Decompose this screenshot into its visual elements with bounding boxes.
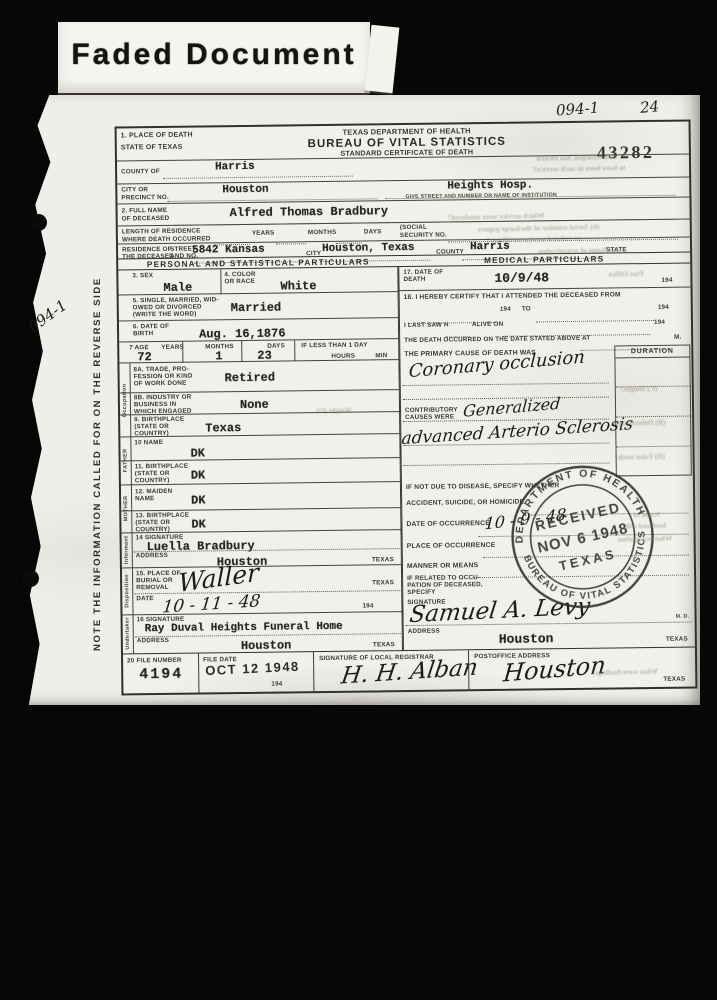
father-name-label: 10 NAME [134,439,163,447]
dob-label-2: BIRTH [133,330,153,338]
bleed-fragment: to have been in such service? [533,163,625,174]
sex-label: 3. SEX [132,272,153,280]
postoffice-texas-label: TEXAS [663,676,685,684]
undertaker-texas-label: TEXAS [373,641,395,649]
torn-paper-tab [365,25,400,94]
faded-document-label: Faded Document [58,22,370,93]
father-bp-value: DK [191,468,206,482]
physician-texas-label: TEXAS [666,636,688,644]
bleed-fragment: (B) Deformities? [612,418,665,428]
ssn-label-2: SECURITY NO. [400,231,447,239]
certify-194b: 194 [658,304,669,312]
personal-column: 3. SEX Male 4. COLOR OR RACE White 5. SI… [118,267,403,653]
industry-value: None [240,398,269,412]
father-name-row: 10 NAME DK [120,434,399,461]
burial-row: 15. PLACE OF BURIAL OR REMOVAL Waller TE… [122,565,402,615]
undertaker-side-label: Undertaker [125,615,131,651]
father-bp-label-3: COUNTRY) [135,477,170,485]
hours-label: HOURS [331,353,355,361]
dod-194: 194 [661,277,672,285]
marital-row: 5. SINGLE, MARRIED, WID- OWED OR DIVORCE… [119,292,398,321]
file-date-value: OCT 12 1948 [205,659,300,678]
color-value: White [280,279,316,293]
maiden-value: DK [191,493,206,507]
bleed-fragment: (a) Name of organization [538,245,618,256]
burial-194-label: 194 [362,602,373,610]
maiden-name-row: 12. MAIDEN NAME DK [121,482,400,511]
date-occurrence-label: DATE OF OCCURRENCE [406,520,490,529]
color-label-2: OR RACE [224,278,255,286]
years-label: YEARS [252,230,275,238]
burial-date-label: DATE [136,595,154,603]
city-value: Houston [222,184,268,197]
bleed-fragment: If discharged, has record [537,152,617,163]
scanned-page: NOTE THE INFORMATION CALLED FOR ON THE R… [18,95,700,705]
file-number-value: 4194 [139,666,183,684]
trade-value: Retired [225,371,276,386]
ssn-label-1: (SOCIAL [400,224,427,232]
place-of-death-label: 1. PLACE OF DEATH [121,132,193,141]
bleed-fragment: Post Office [608,269,643,279]
bleed-fragment: or enlisted service certificate? [486,233,581,244]
residence-length-label-1: LENGTH OF RESIDENCE [122,227,201,235]
bleed-fragment: What occupation [618,533,673,543]
certify-194a: 194 [500,306,511,314]
mother-bp-value: DK [191,517,206,531]
file-number-label: 20 FILE NUMBER [127,657,182,665]
punch-hole-bottom [22,570,39,587]
undertaker-row: 16 SIGNATURE Ray Duval Heights Funeral H… [123,612,402,653]
related-label-3: SPECIFY [407,589,435,597]
marital-value: Married [231,301,282,316]
physician-addr-value: Houston [499,631,554,647]
top-handwritten-ref-1: 094-1 [555,99,599,120]
informant-row: 14 SIGNATURE Luella Bradbury ADDRESS Hou… [122,530,401,568]
days-label: DAYS [364,228,382,236]
disposition-side-label: Disposition [124,568,131,613]
dod-label-2: DEATH [403,276,425,284]
occupation-side-label: Occupation [121,365,128,435]
bleed-fragment: Name of [633,510,660,520]
dob-value: Aug. 16,1876 [199,326,286,341]
sex-value: Male [163,281,192,295]
lastsaw-194: 194 [654,319,665,327]
undertaker-addr-label: ADDRESS [137,637,169,645]
fullname-label-2: OF DECEASED [122,215,170,223]
dod-value: 10/9/48 [494,270,549,286]
lastsaw-label-2: ALIVE ON [472,321,503,329]
months-label: MONTHS [308,229,337,237]
father-birthplace-row: 11. BIRTHPLACE (STATE OR COUNTRY) DK [121,458,400,485]
certify-to: TO [522,305,531,313]
undertaker-sig-value: Ray Duval Heights Funeral Home [145,621,343,635]
birthplace-value: Texas [205,421,241,435]
lastsaw-label-1: I LAST SAW H [404,321,449,329]
top-handwritten-ref-2: 24 [639,97,660,117]
min-label: MIN [375,352,387,360]
torn-left-edge [18,95,72,705]
county-value: Harris [215,161,255,173]
burial-label-3: REMOVAL [136,584,169,592]
sex-color-row: 3. SEX Male 4. COLOR OR RACE White [118,267,397,295]
city2-value: Houston, Texas [322,242,415,255]
md-label: M. D. [676,614,690,620]
county-label: COUNTY OF [121,168,160,176]
informant-addr-label: ADDRESS [136,552,168,560]
fullname-value: Alfred Thomas Bradbury [230,204,389,220]
trade-label-3: OF WORK DONE [134,380,187,388]
marital-label-3: (WRITE THE WORD) [133,311,197,319]
trade-row: 8A. TRADE, PRO- FESSION OR KIND OF WORK … [119,360,398,393]
if-less-label: IF LESS THAN 1 DAY [301,341,367,349]
mother-side-label: MOTHER [123,485,130,531]
city-label-2: PRECINCT NO. [121,194,169,202]
death-certificate: 1. PLACE OF DEATH STATE OF TEXAS TEXAS D… [115,120,698,696]
bleed-fragment: (C) Height? [620,384,658,394]
bleed-fragment: husband wife [623,521,666,531]
physician-addr-label: ADDRESS [408,628,440,636]
file-date-194: 194 [271,681,282,689]
certify-line-1: 18. I HEREBY CERTIFY THAT I ATTENDED THE… [404,291,621,301]
father-side-label: FATHER [122,437,129,483]
street-value: 5842 Kansas [192,244,265,257]
duration-label: DURATION [615,346,689,359]
burial-texas-label: TEXAS [372,579,394,587]
city-label-1: CITY OR [121,186,148,194]
age-years-label: YEARS [161,344,184,352]
bleed-fragment: Weight (O) [316,405,352,415]
father-name-value: DK [190,446,205,460]
institution-value: Heights Hosp. [447,179,533,192]
margin-note-vertical: NOTE THE INFORMATION CALLED FOR ON THE R… [92,249,103,651]
state-of-texas-label: STATE OF TEXAS [121,144,183,153]
fullname-label-1: 2. FULL NAME [122,207,168,215]
informant-side-label: Informant [124,533,130,566]
maiden-label-2: NAME [135,495,154,503]
occurred-m: M. [674,334,681,342]
bleed-fragment: (D) False teeth? [615,452,666,462]
faded-document-title: Faded Document [58,38,370,72]
bleed-fragment: What were findings? [591,667,658,678]
informant-texas-label: TEXAS [372,556,394,564]
occurred-label: THE DEATH OCCURRED ON THE DATE STATED AB… [404,335,590,345]
manner-label: MANNER OR MEANS [407,562,478,571]
punch-hole-top [30,214,47,231]
age-months-value: 1 [215,349,222,363]
